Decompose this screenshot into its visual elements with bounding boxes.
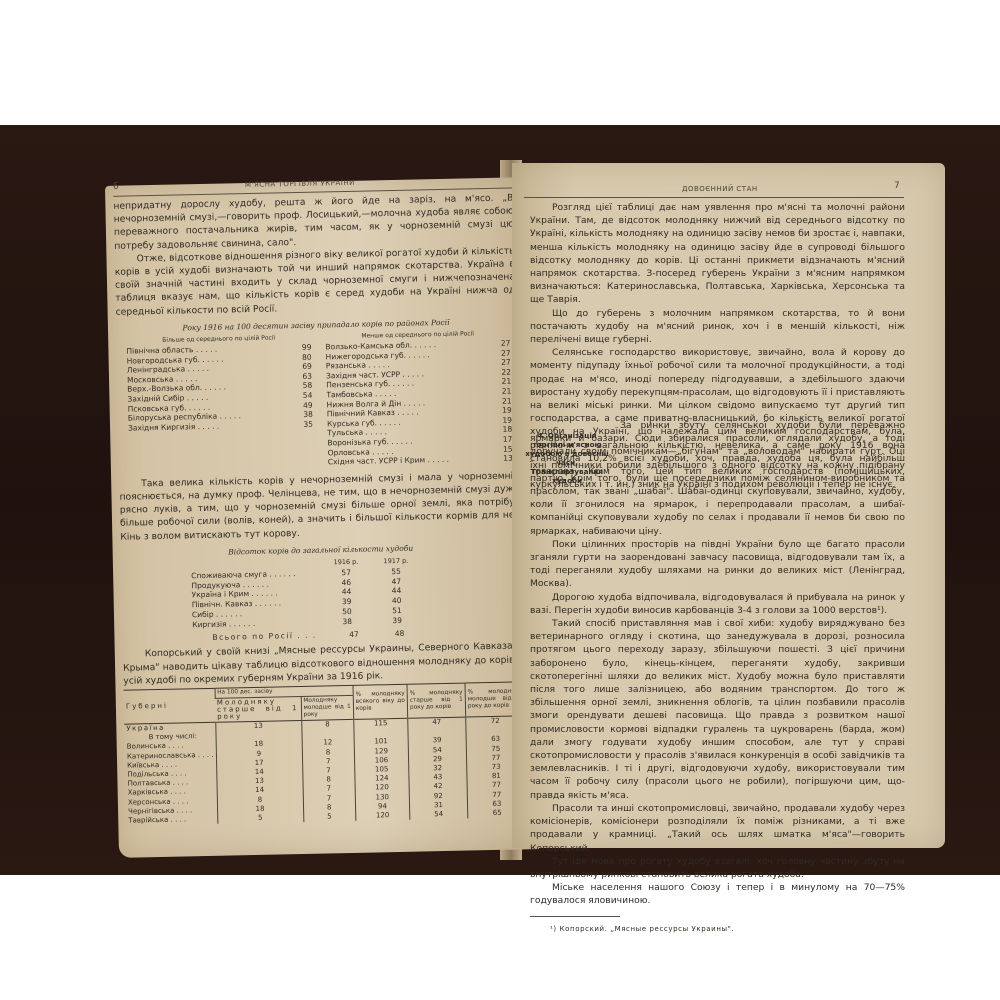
section-paragraph: Такий спосіб приставляння мав і свої хиб… [530,617,905,802]
cows-per-100-desiatin: 35 [283,419,313,429]
left-page-body: непридатну дорослу худобу, решта ж його … [113,191,526,825]
region-name: Східня част. УСРР і Крим . . . . . [328,454,483,467]
table3-header-young-older: Молодняку старше від 1 року [215,696,301,722]
value-c1: 5 [217,813,303,824]
footnote: ¹) Копорский. „Мясные рессурсы Украины". [530,923,905,936]
left-running-head: М'ЯСНА ТОРГІВЛЯ УКРАЇНИ [245,179,355,189]
total-1916: 47 [331,629,377,640]
table2-total-row: Всього по Росії . . .4748 [192,628,422,643]
table1-cows-by-region: Більше од середнього по цілій Росії Півн… [126,329,519,471]
table3-header-pct-older: % молодняку старше від 1 року до корів [407,683,466,718]
pct-1916: 38 [322,616,372,627]
table3-header-province: Губерні [124,688,216,724]
right-page-body-section: За ринки збуту селянської худоби були пе… [530,419,905,936]
table3-young-cattle: Губерні На 100 дес. засіву % молодняку в… [124,681,527,826]
section-paragraph: Прасоли та инші скотопромисловці, звичай… [530,802,905,855]
left-page: 6 М'ЯСНА ТОРГІВЛЯ УКРАЇНИ непридатну дор… [105,177,539,858]
left-paragraph-4: Копорський у своїй книзі „Мясные рессурс… [123,640,524,688]
value-c4: 54 [410,810,468,820]
left-paragraph-1: непридатну дорослу худобу, решта ж його … [113,191,514,252]
section-paragraph: Тут іде мова про рогату худобу взагалі, … [530,855,905,881]
left-paragraph-2: Отже, відсоткове відношення різного віку… [114,244,515,318]
right-header-rule [524,197,904,198]
zone-name: Киргизія . . . . . . [192,617,322,630]
section-4-paragraphs: За ринки збуту селянської худоби були пе… [530,419,905,908]
value-c2: 5 [303,812,356,822]
left-paragraph-3: Така велика кількість корів у нечорнозем… [119,469,520,543]
right-running-head: ДОВОЄННИЙ СТАН [682,185,758,193]
value-c3: 120 [356,811,410,821]
table2-cows-percent: 1916 р. 1917 р. Споживаюча смуга . . . .… [191,556,423,642]
footnote-rule [530,916,620,917]
right-page-number: 7 [894,181,900,191]
table1-above-average: Більше од середнього по цілій Росії Півн… [126,334,314,472]
right-page: ДОВОЄННИЙ СТАН 7 Розгляд цієї таблиці да… [512,163,945,848]
total-1917: 48 [377,628,423,639]
right-paragraph-2: Що до губерень з молочним напрямком скот… [530,307,905,347]
table3-header-pct-all: % молодняку всякого віку до корів [353,684,408,719]
table3-header-young-younger: Молодняку молодше від 1 року [301,695,354,720]
table2-caption: Відсоток корів до загальної кількости ху… [121,539,521,561]
total-label: Всього по Росії . . . [192,630,331,643]
left-page-number: 6 [113,182,119,192]
cows-per-100-desiatin: 13 [483,454,513,464]
table1-below-average: Менше од середнього по цілій Росії Волзь… [325,330,513,468]
section-paragraph: Міське населення нашого Союзу і тепер і … [530,881,905,907]
pct-1917: 39 [372,615,422,626]
section-paragraph: Дорогою худоба відпочивала, відгодовувал… [530,591,905,617]
right-paragraph-1: Розгляд цієї таблиці дає нам уявлення пр… [530,201,905,307]
region-name: Західня Киргизія . . . . . [128,420,283,433]
section-paragraph: Поки цілинних просторів на півдні Україн… [530,538,905,591]
province-name: Таврійська . . . . [126,815,217,826]
section-paragraph: За ринки збуту селянської худоби були пе… [530,419,905,538]
